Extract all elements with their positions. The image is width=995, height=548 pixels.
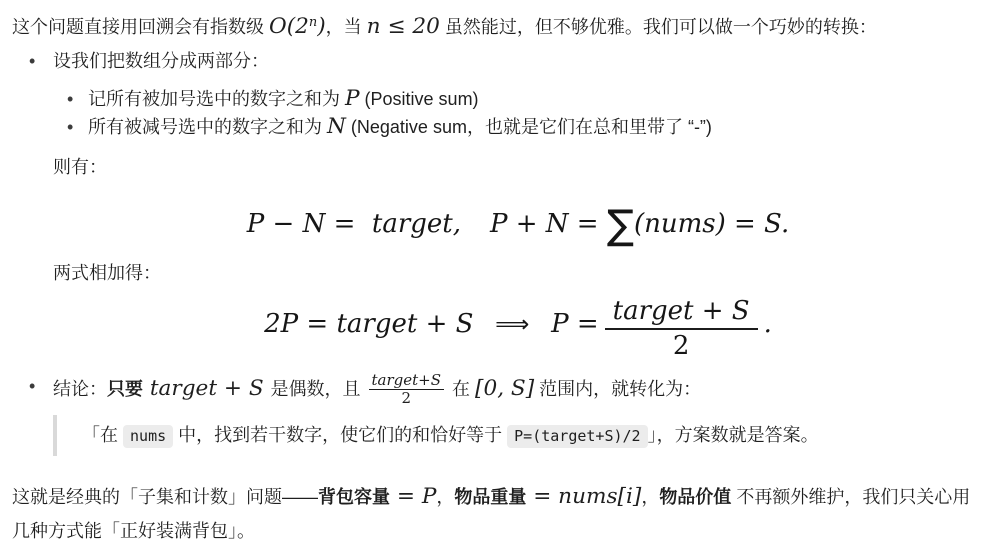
- closing-paragraph: 这就是经典的「子集和计数」问题——背包容量 = P，物品重量 = nums[i]…: [12, 480, 983, 548]
- fraction: target + S2: [605, 296, 758, 361]
- sub-list: 记所有被加号选中的数字之和为 P (Positive sum) 所有被减号选中的…: [53, 86, 983, 140]
- list-item-split-text: 设我们把数组分成两部分：: [53, 51, 269, 71]
- then-have-label: 则有：: [53, 154, 983, 180]
- main-list: 设我们把数组分成两部分： 记所有被加号选中的数字之和为 P (Positive …: [12, 48, 983, 456]
- intro-paragraph: 这个问题直接用回溯会有指数级 O(2n)，当 n ≤ 20 虽然能过，但不够优雅…: [12, 10, 983, 40]
- document-page: 这个问题直接用回溯会有指数级 O(2n)，当 n ≤ 20 虽然能过，但不够优雅…: [0, 0, 995, 548]
- list-item-conclusion: 结论：只要 target + S 是偶数，且 target+S2 在 [0, S…: [12, 373, 983, 457]
- list-item-positive-sum: 记所有被加号选中的数字之和为 P (Positive sum): [53, 86, 983, 112]
- conclusion-text: 结论：只要 target + S 是偶数，且 target+S2 在 [0, S…: [53, 379, 701, 399]
- list-item-negative-sum: 所有被减号选中的数字之和为 N (Negative sum，也就是它们在总和里带…: [53, 114, 983, 140]
- add-up-label: 两式相加得：: [53, 260, 983, 286]
- list-item-split: 设我们把数组分成两部分： 记所有被加号选中的数字之和为 P (Positive …: [12, 48, 983, 361]
- conclusion-quote: 「在 nums 中，找到若干数字，使它们的和恰好等于 P=(target+S)/…: [53, 415, 983, 456]
- fraction: target+S2: [369, 373, 445, 408]
- formula-2p: 2P = target + S ⟹ P =target + S2.: [53, 296, 983, 361]
- formula-p-minus-n: P − N = target, P + N = ∑(nums) = S.: [53, 198, 983, 248]
